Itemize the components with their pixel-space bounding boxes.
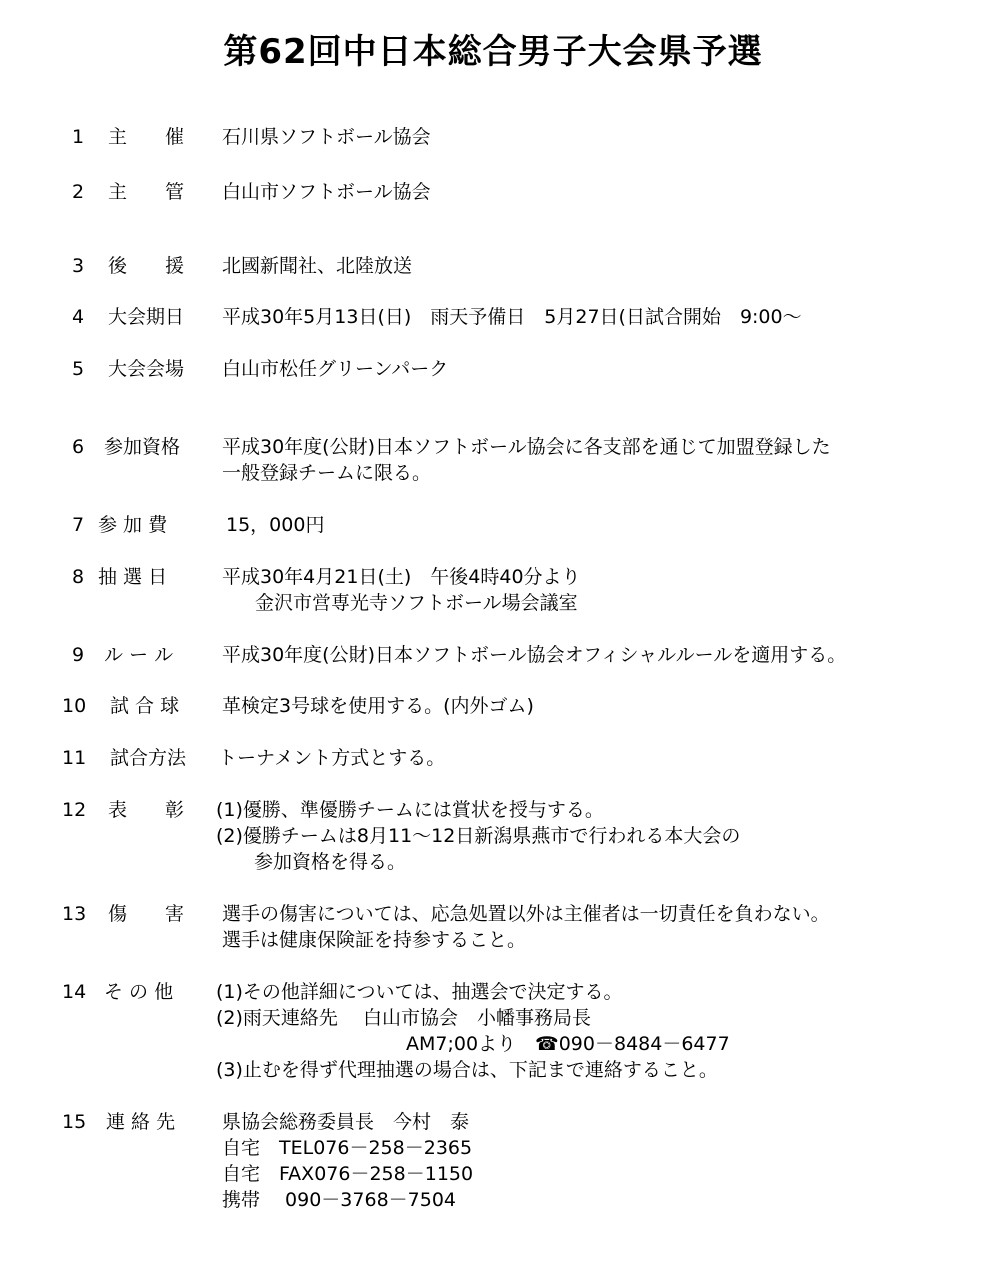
item-label: 大会期日 xyxy=(108,306,184,328)
item-number: 8 xyxy=(72,566,84,588)
item-number: 14 xyxy=(62,981,86,1003)
item-label: 試 合 球 xyxy=(110,695,179,717)
item-text: 白山市ソフトボール協会 xyxy=(222,181,431,203)
item-text: 一般登録チームに限る。 xyxy=(222,462,431,484)
item-text: 選手は健康保険証を持参すること。 xyxy=(222,929,526,951)
item-text: トーナメント方式とする。 xyxy=(218,747,445,769)
item-text: 携帯 090－3768－7504 xyxy=(222,1189,456,1211)
item-number: 6 xyxy=(72,436,84,458)
item-number: 1 xyxy=(72,126,84,148)
item-text: 自宅 TEL076－258－2365 xyxy=(222,1137,472,1159)
item-text: 石川県ソフトボール協会 xyxy=(222,126,431,148)
item-text: (1)優勝、準優勝チームには賞状を授与する。 xyxy=(216,799,604,821)
item-label: 主 催 xyxy=(108,126,184,148)
item-label: 主 管 xyxy=(108,181,184,203)
item-label: 参 加 費 xyxy=(98,514,167,536)
item-text: (3)止むを得ず代理抽選の場合は、下記まで連絡すること。 xyxy=(216,1059,718,1081)
item-label: 後 援 xyxy=(108,255,184,277)
item-number: 2 xyxy=(72,181,84,203)
item-text: 県協会総務委員長 今村 泰 xyxy=(222,1111,469,1133)
item-number: 11 xyxy=(62,747,86,769)
document-title: 第62回中日本総合男子大会県予選 xyxy=(0,24,986,73)
item-text: (1)その他詳細については、抽選会で決定する。 xyxy=(216,981,623,1003)
item-text: 白山市松任グリーンパーク xyxy=(222,358,448,380)
item-text: 自宅 FAX076－258－1150 xyxy=(222,1163,473,1185)
item-text: 15，000円 xyxy=(226,514,324,536)
item-label: 抽 選 日 xyxy=(98,566,167,588)
item-text: (2)雨天連絡先 白山市協会 小幡事務局長 xyxy=(216,1007,591,1029)
item-text: (2)優勝チームは8月11～12日新潟県燕市で行われる本大会の xyxy=(216,825,740,847)
item-label: 大会会場 xyxy=(108,358,184,380)
item-text: 革検定3号球を使用する。(内外ゴム) xyxy=(222,695,534,717)
item-label: ル ー ル xyxy=(104,644,173,666)
item-label: 傷 害 xyxy=(108,903,184,925)
item-text: 平成30年5月13日(日) 雨天予備日 5月27日(日試合開始 9:00～ xyxy=(222,306,802,328)
item-label: 参加資格 xyxy=(104,436,180,458)
item-label: 連 絡 先 xyxy=(106,1111,175,1133)
item-text: 参加資格を得る。 xyxy=(216,851,406,873)
item-number: 5 xyxy=(72,358,84,380)
item-number: 15 xyxy=(62,1111,86,1133)
item-number: 3 xyxy=(72,255,84,277)
item-text: 金沢市営専光寺ソフトボール場会議室 xyxy=(236,592,578,614)
item-number: 4 xyxy=(72,306,84,328)
item-number: 7 xyxy=(72,514,84,536)
item-label: 表 彰 xyxy=(108,799,184,821)
item-number: 12 xyxy=(62,799,86,821)
item-text: 平成30年4月21日(土) 午後4時40分より xyxy=(222,566,581,588)
item-text: AM7;00より ☎090－8484－6477 xyxy=(406,1033,730,1055)
item-text: 平成30年度(公財)日本ソフトボール協会に各支部を通じて加盟登録した xyxy=(222,436,831,458)
item-label: そ の 他 xyxy=(104,981,173,1003)
item-text: 北國新聞社、北陸放送 xyxy=(222,255,412,277)
item-text: 平成30年度(公財)日本ソフトボール協会オフィシャルルールを適用する。 xyxy=(222,644,846,666)
item-number: 9 xyxy=(72,644,84,666)
item-label: 試合方法 xyxy=(110,747,186,769)
item-text: 選手の傷害については、応急処置以外は主催者は一切責任を負わない。 xyxy=(222,903,830,925)
item-number: 13 xyxy=(62,903,86,925)
item-number: 10 xyxy=(62,695,86,717)
